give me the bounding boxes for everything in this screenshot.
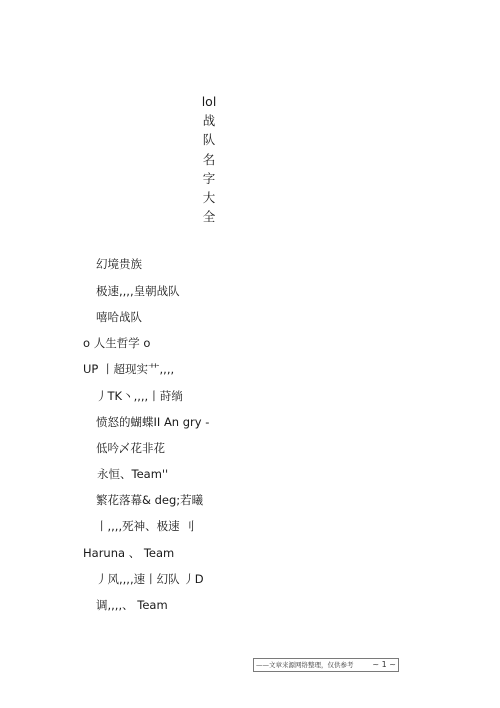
list-item: 极速,,,,皇朝战队 bbox=[96, 284, 180, 298]
document-title: lol 战 队 名 字 大 全 bbox=[197, 92, 221, 226]
title-char: 队 bbox=[203, 130, 216, 149]
list-item: UP 丨超现实艹,,,, bbox=[83, 362, 174, 376]
source-note: ——文章来源网络整理，仅供参考 bbox=[256, 659, 354, 671]
title-char: lol bbox=[202, 92, 217, 111]
list-item: 丿TK丶,,,,丨莳绱 bbox=[96, 389, 183, 403]
list-item: 幻境贵族 bbox=[96, 257, 142, 271]
list-item: 永恒、Team'' bbox=[97, 467, 168, 481]
list-item: 嘻哈战队 bbox=[96, 310, 142, 324]
title-char: 战 bbox=[203, 111, 216, 130]
title-char: 名 bbox=[203, 150, 216, 169]
list-item: o 人生哲学 o bbox=[83, 336, 150, 350]
list-item: 繁花落幕& deg;若曦 bbox=[96, 493, 203, 507]
list-item: 调,,,,、 Team bbox=[96, 598, 168, 612]
title-char: 大 bbox=[203, 188, 216, 207]
list-item: 丿风,,,,速丨幻队 丿D bbox=[96, 572, 204, 586]
list-item: 低吟乄花非花 bbox=[96, 441, 165, 455]
list-item: 丨,,,,死神、极速 刂 bbox=[96, 519, 195, 533]
page-footer: ——文章来源网络整理，仅供参考 ~ 1 ~ bbox=[253, 658, 399, 672]
page-number: ~ 1 ~ bbox=[372, 659, 396, 671]
list-item: 愤怒的蝴蝶II An gry - bbox=[96, 415, 209, 429]
title-char: 字 bbox=[203, 169, 216, 188]
title-char: 全 bbox=[203, 207, 216, 226]
list-item: Haruna 、 Team bbox=[83, 546, 174, 560]
